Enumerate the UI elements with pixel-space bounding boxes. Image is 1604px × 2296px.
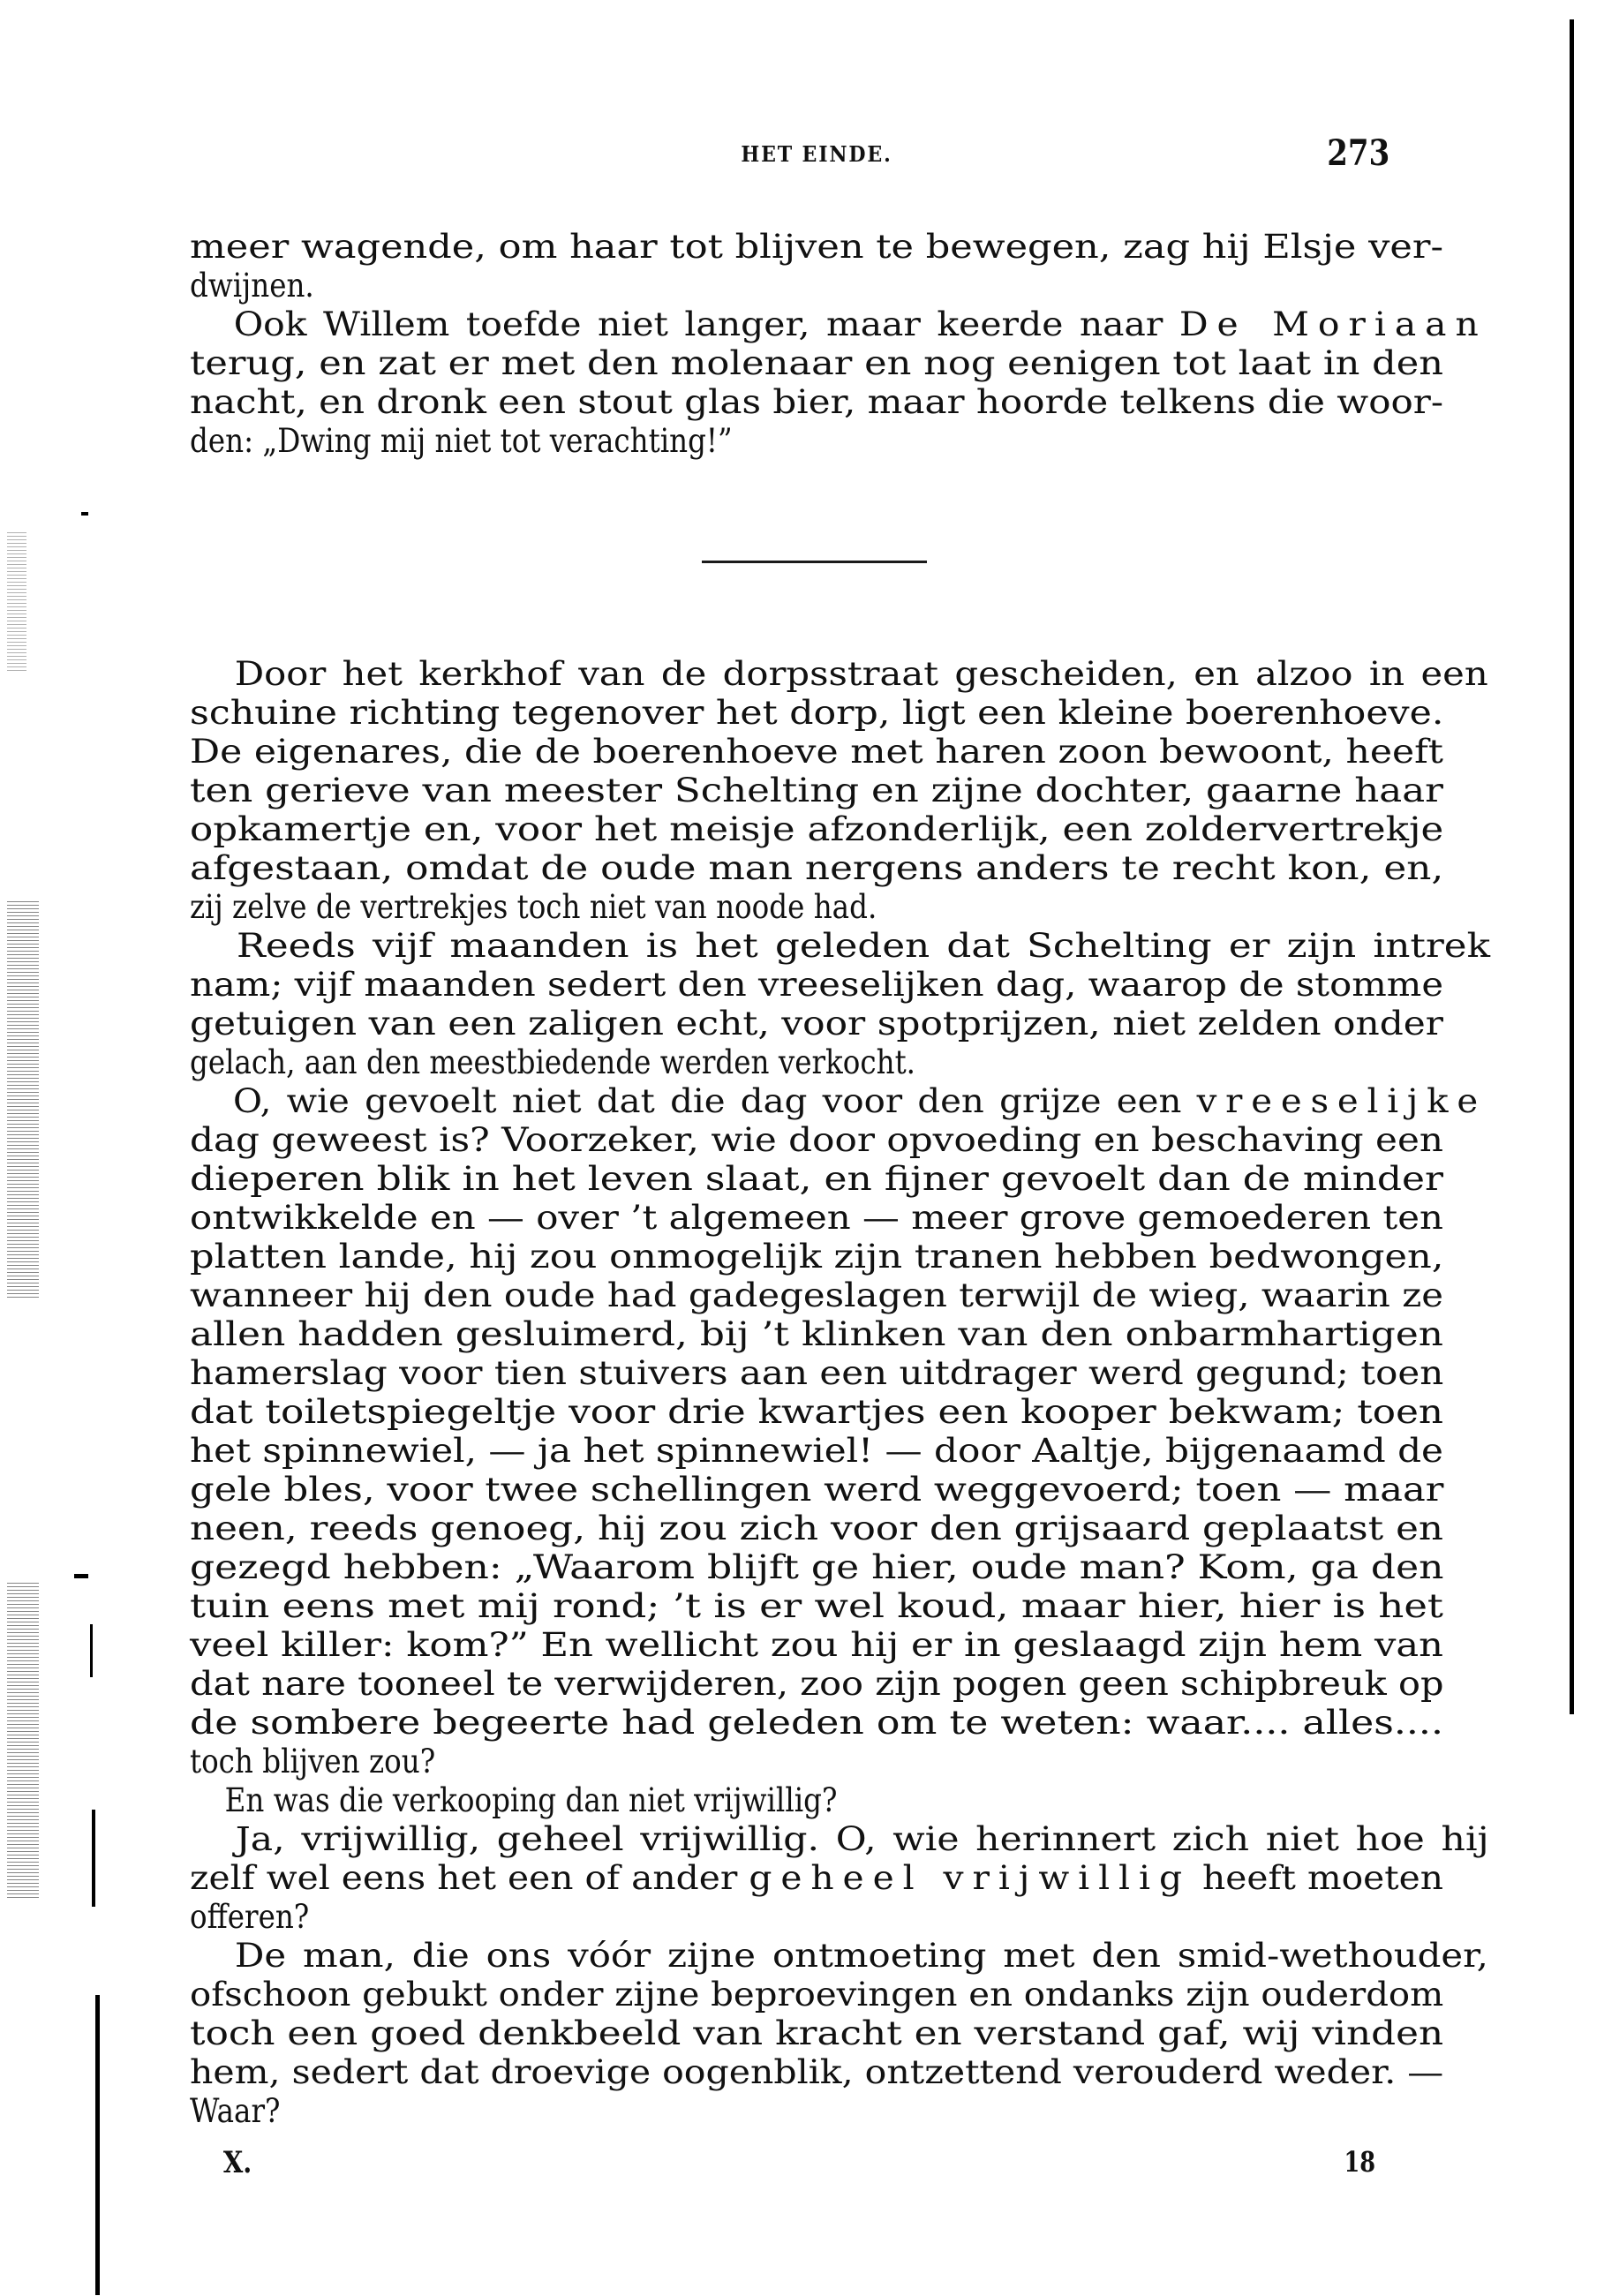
line-text: hem, sedert dat droevige oogenblik, ontz…	[190, 2053, 1443, 2091]
line-text: Reeds vijf maanden is het geleden dat Sc…	[237, 927, 1490, 965]
line-text: offeren?	[190, 1898, 309, 1936]
text-line: schuine richting tegenover het dorp, lig…	[190, 694, 1443, 733]
book-page: HET EINDE. 273 meer wagende, om haar tot…	[0, 0, 1604, 2296]
line-text: dat nare tooneel te verwijderen, zoo zij…	[190, 1665, 1444, 1703]
text-line: gezegd hebben: „Waarom blijft ge hier, o…	[190, 1548, 1443, 1587]
emphasized-text: geheel vrijwillig	[749, 1859, 1191, 1897]
scan-mark	[81, 512, 88, 516]
line-text: nam; vijf maanden sedert den vreeselijke…	[190, 966, 1443, 1004]
text-line: ofschoon gebukt onder zijne beproevingen…	[190, 1976, 1443, 2014]
line-text: den: „Dwing mij niet tot verachting!”	[190, 422, 733, 460]
line-text: ten gerieve van meester Schelting en zij…	[190, 772, 1443, 809]
line-text: opkamertje en, voor het meisje afzonderl…	[190, 810, 1443, 848]
line-text: ofschoon gebukt onder zijne beproevingen…	[190, 1976, 1443, 2014]
text-line: afgestaan, omdat de oude man nergens and…	[190, 849, 1443, 888]
line-text: terug, en zat er met den molenaar en nog…	[190, 344, 1443, 382]
line-text: En was die verkooping dan niet vrijwilli…	[225, 1781, 838, 1819]
text-line: Ook Willem toefde niet langer, maar keer…	[190, 305, 1487, 344]
text-line: nacht, en dronk een stout glas bier, maa…	[190, 383, 1443, 422]
line-text: gele bles, voor twee schellingen werd we…	[190, 1471, 1444, 1509]
scan-mark	[90, 1624, 93, 1677]
line-text: gelach, aan den meestbiedende werden ver…	[190, 1043, 915, 1081]
section-1-text: meer wagende, om haar tot blijven te bew…	[190, 228, 1443, 461]
line-text: schuine richting tegenover het dorp, lig…	[190, 694, 1443, 732]
line-text: veel killer: kom?” En wellicht zou hij e…	[190, 1626, 1443, 1664]
section-2-text: Door het kerkhof van de dorpsstraat gesc…	[190, 655, 1443, 2131]
emphasized-text: De Moriaan	[1179, 305, 1487, 343]
text-line: gele bles, voor twee schellingen werd we…	[190, 1471, 1443, 1509]
line-text: tuin eens met mij rond; ’t is er wel kou…	[190, 1587, 1443, 1625]
text-line: Reeds vijf maanden is het geleden dat Sc…	[190, 927, 1490, 966]
line-text: wanneer hij den oude had gadegeslagen te…	[190, 1276, 1443, 1314]
text-line: dat nare tooneel te verwijderen, zoo zij…	[190, 1665, 1443, 1704]
line-text: De eigenares, die de boerenhoeve met har…	[190, 733, 1443, 771]
text-line: Waar?	[190, 2092, 280, 2131]
line-text: zelf wel eens het een of ander	[190, 1859, 749, 1897]
line-text: de sombere begeerte had geleden om te we…	[190, 1704, 1443, 1742]
line-text: allen hadden gesluimerd, bij ’t klinken …	[190, 1315, 1443, 1353]
line-text: getuigen van een zaligen echt, voor spot…	[190, 1005, 1443, 1043]
text-line: veel killer: kom?” En wellicht zou hij e…	[190, 1626, 1443, 1665]
text-line: De eigenares, die de boerenhoeve met har…	[190, 733, 1443, 772]
line-text: Waar?	[190, 2092, 280, 2130]
text-line: dat toiletspiegeltje voor drie kwartjes …	[190, 1393, 1443, 1432]
text-line: opkamertje en, voor het meisje afzonderl…	[190, 810, 1443, 849]
text-line: Door het kerkhof van de dorpsstraat gesc…	[190, 655, 1488, 694]
line-text: platten lande, hij zou onmogelijk zijn t…	[190, 1238, 1443, 1276]
text-line: dag geweest is? Voorzeker, wie door opvo…	[190, 1121, 1443, 1160]
emphasized-text: vreeselijke	[1197, 1082, 1487, 1120]
signature-mark: X.	[223, 2145, 252, 2180]
text-line: zij zelve de vertrekjes toch niet van no…	[190, 888, 877, 927]
text-line: wanneer hij den oude had gadegeslagen te…	[190, 1276, 1443, 1315]
line-text: toch een goed denkbeeld van kracht en ve…	[190, 2014, 1443, 2052]
text-line: nam; vijf maanden sedert den vreeselijke…	[190, 966, 1443, 1005]
line-text: neen, reeds genoeg, hij zou zich voor de…	[190, 1509, 1443, 1547]
line-text: Ook Willem toefde niet langer, maar keer…	[234, 305, 1179, 343]
line-text: nacht, en dronk een stout glas bier, maa…	[190, 383, 1443, 421]
line-text: toch blijven zou?	[190, 1743, 435, 1780]
text-line: En was die verkooping dan niet vrijwilli…	[190, 1781, 872, 1820]
line-text: dag geweest is? Voorzeker, wie door opvo…	[190, 1121, 1443, 1159]
line-text: hamerslag voor tien stuivers aan een uit…	[190, 1354, 1443, 1392]
scan-noise	[7, 530, 26, 671]
line-text: ontwikkelde en — over ’t algemeen — meer…	[190, 1199, 1443, 1237]
line-text: heeft moeten	[1191, 1859, 1443, 1897]
text-line: platten lande, hij zou onmogelijk zijn t…	[190, 1238, 1443, 1276]
scan-mark	[74, 1574, 88, 1578]
text-line: den: „Dwing mij niet tot verachting!”	[190, 422, 732, 461]
binding-edge-rule	[1570, 19, 1574, 1714]
text-line: meer wagende, om haar tot blijven te bew…	[190, 228, 1443, 267]
line-text: De man, die ons vóór zijne ontmoeting me…	[235, 1937, 1488, 1975]
line-text: dwijnen.	[190, 267, 314, 305]
scan-noise	[7, 900, 39, 1298]
text-line: dieperen blik in het leven slaat, en fij…	[190, 1160, 1443, 1199]
text-line: Ja, vrijwillig, geheel vrijwillig. O, wi…	[190, 1820, 1489, 1859]
text-line: offeren?	[190, 1898, 310, 1937]
line-text: meer wagende, om haar tot blijven te bew…	[190, 228, 1443, 266]
text-line: getuigen van een zaligen echt, voor spot…	[190, 1005, 1443, 1043]
text-line: dwijnen.	[190, 267, 314, 305]
line-text: gezegd hebben: „Waarom blijft ge hier, o…	[190, 1548, 1443, 1586]
line-text: Door het kerkhof van de dorpsstraat gesc…	[235, 655, 1488, 693]
line-text: zij zelve de vertrekjes toch niet van no…	[190, 888, 877, 926]
line-text: het spinnewiel, — ja het spinnewiel! — d…	[190, 1432, 1443, 1470]
text-line: O, wie gevoelt niet dat die dag voor den…	[190, 1082, 1487, 1121]
text-line: toch blijven zou?	[190, 1743, 435, 1781]
text-line: hamerslag voor tien stuivers aan een uit…	[190, 1354, 1443, 1393]
text-line: ten gerieve van meester Schelting en zij…	[190, 772, 1443, 810]
text-line: toch een goed denkbeeld van kracht en ve…	[190, 2014, 1443, 2053]
text-line: het spinnewiel, — ja het spinnewiel! — d…	[190, 1432, 1443, 1471]
line-text: dieperen blik in het leven slaat, en fij…	[190, 1160, 1443, 1198]
running-head: HET EINDE. 273	[190, 132, 1443, 177]
text-line: gelach, aan den meestbiedende werden ver…	[190, 1043, 915, 1082]
line-text: dat toiletspiegeltje voor drie kwartjes …	[190, 1393, 1443, 1431]
line-text: afgestaan, omdat de oude man nergens and…	[190, 849, 1443, 887]
text-line: de sombere begeerte had geleden om te we…	[190, 1704, 1443, 1743]
line-text: O, wie gevoelt niet dat die dag voor den…	[233, 1082, 1197, 1120]
running-head-title: HET EINDE.	[240, 141, 1393, 167]
text-line: zelf wel eens het een of ander geheel vr…	[190, 1859, 1443, 1898]
sheet-number: 18	[1344, 2145, 1375, 2179]
section-break-rule	[702, 561, 927, 563]
text-line: hem, sedert dat droevige oogenblik, ontz…	[190, 2053, 1443, 2092]
text-line: terug, en zat er met den molenaar en nog…	[190, 344, 1443, 383]
line-text: Ja, vrijwillig, geheel vrijwillig. O, wi…	[236, 1820, 1489, 1858]
text-line: De man, die ons vóór zijne ontmoeting me…	[190, 1937, 1488, 1976]
text-line: allen hadden gesluimerd, bij ’t klinken …	[190, 1315, 1443, 1354]
scan-noise	[7, 1580, 39, 1898]
scan-mark	[92, 1810, 95, 1907]
scan-mark	[95, 1995, 100, 2295]
text-line: neen, reeds genoeg, hij zou zich voor de…	[190, 1509, 1443, 1548]
text-line: ontwikkelde en — over ’t algemeen — meer…	[190, 1199, 1443, 1238]
page-number: 273	[1327, 132, 1389, 174]
text-line: tuin eens met mij rond; ’t is er wel kou…	[190, 1587, 1443, 1626]
